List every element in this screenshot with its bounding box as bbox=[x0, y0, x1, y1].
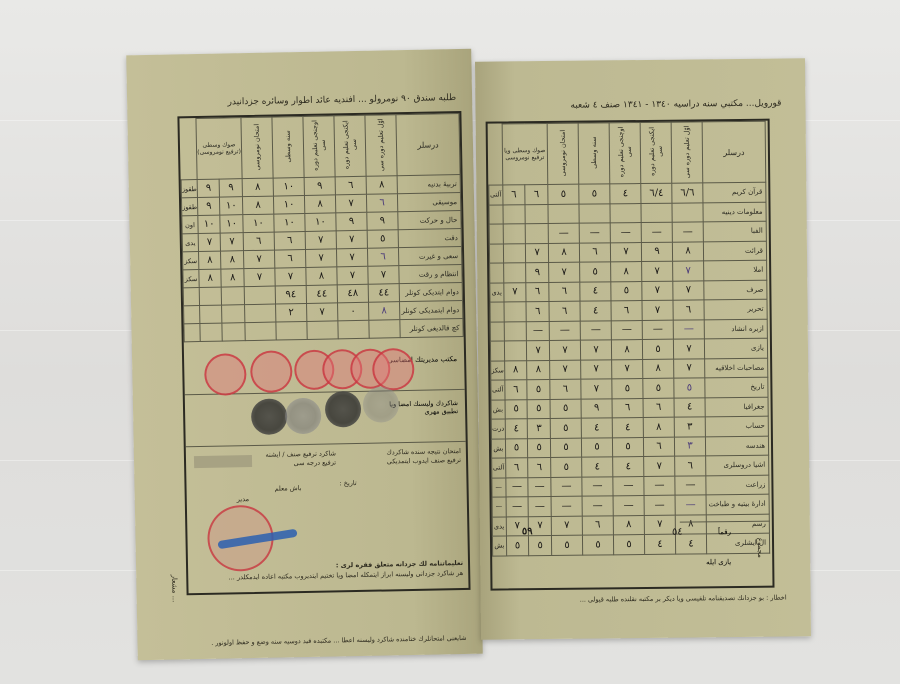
grade-cell bbox=[504, 321, 527, 341]
column-header: صوك وسطى (ترفيع نومروسى) bbox=[196, 118, 242, 180]
grade-cell: سكز bbox=[491, 360, 505, 380]
grade-cell: ٦ bbox=[612, 398, 643, 418]
grade-cell: — bbox=[641, 222, 672, 242]
grade-cell: ٥ bbox=[528, 438, 551, 458]
grade-cell: ٧ bbox=[581, 379, 612, 399]
grade-cell: ٥ bbox=[506, 536, 529, 556]
grade-cell bbox=[503, 243, 526, 263]
grade-cell: ٥ bbox=[527, 379, 550, 399]
grade-cell bbox=[222, 323, 245, 341]
grade-cell: ٦ bbox=[550, 379, 581, 399]
grade-cell: ٩ bbox=[367, 212, 398, 231]
grade-cell: — bbox=[579, 223, 610, 243]
grade-cell bbox=[245, 322, 276, 341]
grade-cell: آلتى bbox=[491, 380, 505, 400]
subject-label: تاريخ bbox=[705, 377, 768, 397]
grade-cell: ٣ bbox=[674, 417, 705, 437]
right-page: قورويل... مكتبي سنه دراسيه ١٣٤٠ - ١٣٤١ ص… bbox=[475, 58, 811, 639]
grade-cell: — bbox=[613, 495, 644, 515]
grade-cell: يدى bbox=[182, 234, 198, 252]
sum-side-label: مجموع bbox=[756, 538, 764, 558]
left-page: طلبه سندق ٩٠ نومرولو ... افنديه عائد اطو… bbox=[126, 49, 483, 661]
grade-cell: ٥ bbox=[674, 378, 705, 398]
grade-cell: ٦ bbox=[505, 458, 528, 478]
subject-label: دوام ايتمديكى كونلر bbox=[400, 300, 463, 319]
grade-cell bbox=[222, 287, 245, 305]
right-page-header: قورويل... مكتبي سنه دراسيه ١٣٤٠ - ١٣٤١ ص… bbox=[570, 99, 781, 111]
grade-cell bbox=[490, 341, 504, 361]
written-total-label: يازى ايله bbox=[706, 558, 734, 566]
grade-cell: ٨ bbox=[527, 360, 550, 380]
exam-result-label: امتحان نتيجه سنده شاكردك ترفيع صنف ايدوب… bbox=[371, 447, 461, 467]
grade-cell: ٥ bbox=[582, 535, 613, 555]
grade-cell: ٤ bbox=[674, 397, 705, 417]
grade-cell: — bbox=[675, 475, 706, 495]
grade-cell: ٤ bbox=[505, 419, 528, 439]
grade-cell: سكز bbox=[183, 270, 199, 288]
column-header: امتحان نومروسى bbox=[547, 123, 579, 184]
grade-cell: ٧ bbox=[503, 282, 526, 302]
grade-cell bbox=[200, 323, 223, 341]
grade-cell: — bbox=[551, 477, 582, 497]
grade-cell: آلتى bbox=[492, 458, 506, 478]
grade-cell: ٦ bbox=[367, 248, 398, 267]
grade-cell: ٧ bbox=[244, 268, 275, 287]
subject-label: سعى و غيرت bbox=[398, 246, 461, 265]
grade-cell: يدى bbox=[492, 516, 506, 536]
grade-cell bbox=[504, 341, 527, 361]
grade-cell: ٧ bbox=[673, 280, 704, 300]
grade-cell: — bbox=[527, 321, 550, 341]
grade-cell bbox=[276, 321, 307, 340]
grade-cell: ٧ bbox=[674, 358, 705, 378]
grade-cell: ٧ bbox=[305, 249, 336, 268]
subject-label: دقت bbox=[398, 228, 461, 247]
column-header: اوچنجى تعليم دوره سى bbox=[609, 123, 641, 184]
subject-label: دوام ايتديكى كونلر bbox=[399, 282, 462, 301]
subject-label: تحرير bbox=[704, 299, 767, 319]
grade-cell: ٧ bbox=[642, 281, 673, 301]
grade-cell: ٦ bbox=[525, 184, 548, 204]
grade-cell bbox=[490, 302, 504, 322]
right-footer-note: اخطار : بو جزدانك تصديقنامه تلقيسى ويا د… bbox=[517, 594, 787, 606]
signature-row-guardian: شاكردك وليسنك امضا ويا تطبيق مهرى bbox=[185, 389, 466, 447]
grade-cell: — bbox=[675, 495, 706, 515]
grade-cell: — bbox=[548, 223, 579, 243]
grade-cell bbox=[641, 203, 672, 223]
grade-cell: ٧ bbox=[580, 340, 611, 360]
grade-cell: درت bbox=[491, 419, 505, 439]
column-header: درسلر bbox=[702, 121, 766, 183]
column-header: اوّل تعليم دوره سى bbox=[671, 122, 703, 183]
grade-cell: ١٠ bbox=[220, 215, 243, 233]
grade-cell: ٨ bbox=[548, 243, 579, 263]
subject-label: هندسه bbox=[705, 436, 768, 456]
grade-cell bbox=[503, 263, 526, 283]
grade-cell: ٦ bbox=[673, 300, 704, 320]
grade-cell: ٥ bbox=[550, 399, 581, 419]
left-page-header: طلبه سندق ٩٠ نومرولو ... افنديه عائد اطو… bbox=[227, 93, 456, 107]
grade-cell: ٦ bbox=[526, 301, 549, 321]
grade-cell: ٦ bbox=[579, 242, 610, 262]
grade-cell: ٥ bbox=[527, 399, 550, 419]
grade-cell: — bbox=[673, 319, 704, 339]
grade-cell bbox=[503, 224, 526, 244]
grade-cell: ٤ bbox=[644, 534, 675, 554]
grade-cell: — bbox=[613, 476, 644, 496]
subject-label: الفبا bbox=[703, 221, 766, 241]
grade-cell: ٩ bbox=[526, 262, 549, 282]
grade-cell: ١٠ bbox=[273, 177, 304, 196]
grade-cell bbox=[504, 302, 527, 322]
grade-cell: ٥ bbox=[643, 378, 674, 398]
grade-cell: ٨ bbox=[611, 340, 642, 360]
grade-cell: ٩ bbox=[581, 398, 612, 418]
subject-label: انتظام و رقت bbox=[399, 264, 462, 283]
grade-cell: ١٠ bbox=[198, 215, 221, 233]
grade-cell: ٠ bbox=[338, 302, 369, 321]
grade-cell: ٤ bbox=[610, 184, 641, 204]
grade-cell: ٧ bbox=[527, 340, 550, 360]
bottom-note: شايعنى امتحانلرك ختامنده شاكرد وليسنه اع… bbox=[166, 634, 466, 649]
grade-cell: ٦ bbox=[366, 194, 397, 213]
grade-cell: ٧ bbox=[243, 250, 274, 269]
subject-label: قرائت bbox=[703, 241, 766, 261]
grade-cell: ٦ bbox=[643, 398, 674, 418]
grade-cell: ٧ bbox=[305, 231, 336, 250]
grade-cell: — bbox=[582, 476, 613, 496]
subject-label: حساب bbox=[705, 416, 768, 436]
grade-cell: ٧ bbox=[550, 360, 581, 380]
grade-cell: ٦ bbox=[611, 301, 642, 321]
grade-cell: ٥ bbox=[613, 534, 644, 554]
column-header: اوچنجى تعليم دوره سى bbox=[303, 116, 335, 178]
grade-cell bbox=[307, 321, 338, 340]
grade-cell: ٧ bbox=[549, 262, 580, 282]
grade-cell: ٧ bbox=[198, 233, 221, 251]
grade-cell: ٦ bbox=[582, 515, 613, 535]
grade-cell: — bbox=[611, 320, 642, 340]
left-side-label: مشعار ... bbox=[170, 574, 179, 602]
grade-cell: ١٠ bbox=[274, 213, 305, 232]
grade-cell: — bbox=[506, 497, 529, 517]
grade-cell: ٦ bbox=[335, 176, 366, 195]
grade-cell: آلتى bbox=[489, 185, 503, 205]
grade-cell: ٧ bbox=[549, 340, 580, 360]
grade-cell: ٨ bbox=[221, 269, 244, 287]
grade-cell: ٩ bbox=[641, 242, 672, 262]
grade-cell: ٨ bbox=[369, 302, 400, 321]
grade-cell: ٥ bbox=[550, 418, 581, 438]
grade-cell: ٧ bbox=[644, 515, 675, 535]
grade-cell bbox=[369, 320, 400, 339]
grade-cell: ٧ bbox=[673, 261, 704, 281]
grade-cell: ٧ bbox=[275, 267, 306, 286]
grade-cell: بش bbox=[491, 399, 505, 419]
grade-cell: ٤ bbox=[612, 418, 643, 438]
grade-cell bbox=[184, 306, 200, 324]
grade-cell: ٧ bbox=[337, 266, 368, 285]
total-value: ٥٤ bbox=[672, 527, 683, 538]
grade-cell: ٨ bbox=[199, 269, 222, 287]
grade-cell: ٧ bbox=[551, 516, 582, 536]
grade-cell: ١٠ bbox=[305, 213, 336, 232]
grade-cell: ٥ bbox=[550, 438, 581, 458]
grade-cell: ٧ bbox=[673, 339, 704, 359]
grade-cell bbox=[222, 305, 245, 323]
grade-cell: — bbox=[528, 496, 551, 516]
grade-cell: ٧ bbox=[307, 303, 338, 322]
grade-cell: ٧ bbox=[610, 242, 641, 262]
grade-cell bbox=[489, 224, 503, 244]
grade-cell bbox=[489, 243, 503, 263]
grade-cell: ٧ bbox=[612, 359, 643, 379]
grade-cell: ٦ bbox=[502, 185, 525, 205]
column-header: سنه وسطى bbox=[272, 116, 304, 178]
grade-cell bbox=[245, 304, 276, 323]
grade-cell bbox=[183, 288, 199, 306]
grade-cell: ٦ bbox=[526, 282, 549, 302]
grade-cell bbox=[579, 203, 610, 223]
grade-cell: ٥ bbox=[548, 184, 579, 204]
subject-label: ازبره انشاد bbox=[704, 319, 767, 339]
grade-cell: — bbox=[549, 321, 580, 341]
grade-cell: ٤٤ bbox=[368, 284, 399, 303]
column-header: ايكنجى تعليم دوره سى bbox=[640, 122, 672, 183]
column-header: ايكنجى تعليم دوره سى bbox=[334, 115, 366, 177]
grade-cell: ٨ bbox=[221, 251, 244, 269]
total-box: رقماً ٥٤ يازى ايله مجموع bbox=[680, 521, 771, 583]
grade-cell bbox=[490, 321, 504, 341]
grade-cell: ٥ bbox=[612, 437, 643, 457]
head-teacher-label: باش معلم bbox=[274, 484, 301, 494]
grade-cell: ٨ bbox=[198, 251, 221, 269]
grade-cell bbox=[338, 320, 369, 339]
grade-cell bbox=[672, 202, 703, 222]
grade-cell: — bbox=[582, 496, 613, 516]
date-label: تاريخ : bbox=[339, 479, 356, 488]
grade-cell: ٥ bbox=[611, 281, 642, 301]
grade-cell: ٩ bbox=[197, 179, 220, 197]
grade-cell: ٤٤ bbox=[306, 285, 337, 304]
grade-cell: ٨ bbox=[643, 359, 674, 379]
grade-cell bbox=[610, 203, 641, 223]
grade-cell: ٩ bbox=[336, 212, 367, 231]
grade-cell: ٥ bbox=[551, 457, 582, 477]
grade-cell: ٦ bbox=[549, 301, 580, 321]
subject-label: اشيا دروسلرى bbox=[706, 455, 769, 475]
subject-label: املا bbox=[704, 260, 767, 280]
grade-cell: ٥ bbox=[581, 437, 612, 457]
grade-cell: ٧ bbox=[336, 248, 367, 267]
grade-cell: يدى bbox=[490, 282, 504, 302]
grade-cell: ٧ bbox=[221, 233, 244, 251]
grade-cell bbox=[489, 204, 503, 224]
grade-cell: — bbox=[492, 477, 506, 497]
grade-cell: ٣ bbox=[674, 436, 705, 456]
grade-cell bbox=[199, 287, 222, 305]
grade-cell: ٨ bbox=[366, 176, 397, 195]
grade-cell: ٩ bbox=[220, 179, 243, 197]
subject-label: موسيقى bbox=[397, 192, 460, 211]
grade-cell: ٨ bbox=[242, 178, 273, 197]
column-header: امتحان نومروسى bbox=[241, 117, 273, 179]
subject-label: ادارهٔ بيتيه و طباخت bbox=[706, 494, 769, 514]
subject-label: صرف bbox=[704, 280, 767, 300]
grade-cell: ٤ bbox=[580, 301, 611, 321]
grade-cell: ٧ bbox=[335, 194, 366, 213]
grade-cell bbox=[503, 204, 526, 224]
grade-cell bbox=[200, 305, 223, 323]
grade-cell: ٨ bbox=[304, 195, 335, 214]
grade-cell: — bbox=[505, 477, 528, 497]
grade-cell bbox=[184, 324, 200, 342]
grade-cell: ٩٤ bbox=[275, 285, 306, 304]
grade-cell: ٥ bbox=[580, 262, 611, 282]
grade-cell: ٥ bbox=[642, 339, 673, 359]
written-total-value: ٥٩ bbox=[522, 526, 533, 537]
grade-cell: ٨ bbox=[613, 515, 644, 535]
grade-cell: ٧ bbox=[642, 261, 673, 281]
grade-cell bbox=[244, 286, 275, 305]
subject-label: تربيهٔ بدنيه bbox=[397, 174, 460, 193]
column-header: سنه وسطى bbox=[578, 123, 610, 184]
subject-label: يازى bbox=[704, 338, 767, 358]
grade-cell: بش bbox=[492, 536, 506, 556]
grade-cell: طقوز bbox=[181, 198, 197, 216]
grade-cell: ٨ bbox=[504, 360, 527, 380]
grade-cell: ٤ bbox=[581, 418, 612, 438]
grade-cell: ٥ bbox=[612, 379, 643, 399]
grade-cell: طقوز bbox=[181, 180, 197, 198]
grade-cell: ٦ bbox=[549, 282, 580, 302]
grade-cell: ٨ bbox=[242, 196, 273, 215]
column-header: صوك وسطى ويا ترفيع نومروسى bbox=[502, 123, 548, 184]
subject-label: حال و حركت bbox=[398, 210, 461, 229]
grade-cell: ٧ bbox=[642, 300, 673, 320]
grade-cell: ٦ bbox=[274, 231, 305, 250]
grade-cell: ٤ bbox=[580, 281, 611, 301]
grade-cell: ٤ bbox=[582, 457, 613, 477]
grade-cell: ٧ bbox=[644, 456, 675, 476]
grade-cell: ٨ bbox=[611, 262, 642, 282]
grade-cell: — bbox=[644, 495, 675, 515]
subject-label: جغرافيا bbox=[705, 397, 768, 417]
grade-cell bbox=[526, 223, 549, 243]
grade-cell: ١٠ bbox=[273, 195, 304, 214]
grade-cell: ٥ bbox=[529, 535, 552, 555]
grade-cell: ٥ bbox=[367, 230, 398, 249]
grade-cell: ٥ bbox=[579, 184, 610, 204]
grade-cell: — bbox=[610, 223, 641, 243]
subject-label: زراعت bbox=[706, 475, 769, 495]
grade-cell: ٧ bbox=[526, 243, 549, 263]
subject-label: مصاحبات اخلاقيه bbox=[705, 358, 768, 378]
grade-cell: ٧ bbox=[336, 230, 367, 249]
grade-cell: ٦/٦ bbox=[672, 183, 703, 203]
column-header: درسلر bbox=[396, 113, 460, 175]
grade-cell: بش bbox=[491, 438, 505, 458]
grade-cell: ١٠ bbox=[243, 214, 274, 233]
grade-cell: — bbox=[672, 222, 703, 242]
subject-label: كچ قالديغى كونلر bbox=[400, 318, 463, 337]
left-grades-table: درسلراوّل تعليم دوره سىايكنجى تعليم دوره… bbox=[179, 113, 463, 342]
grade-cell: ٥ bbox=[551, 535, 582, 555]
grade-cell: ٧ bbox=[368, 266, 399, 285]
right-grades-table: درسلراوّل تعليم دوره سىايكنجى تعليم دوره… bbox=[488, 121, 771, 556]
grade-cell: ٨ bbox=[672, 241, 703, 261]
subject-label: معلومات دينيه bbox=[703, 202, 766, 222]
grade-cell: — bbox=[492, 497, 506, 517]
grade-cell: ١٠ bbox=[220, 197, 243, 215]
grade-cell: ٦ bbox=[528, 457, 551, 477]
grade-cell: ٤٨ bbox=[337, 284, 368, 303]
grade-cell: ٣ bbox=[528, 418, 551, 438]
total-label: رقماً bbox=[718, 528, 734, 536]
grade-cell: ٤ bbox=[613, 456, 644, 476]
redacted-field bbox=[194, 455, 252, 468]
grade-cell: ٧ bbox=[581, 359, 612, 379]
grade-cell bbox=[490, 263, 504, 283]
grade-cell: ٦ bbox=[274, 249, 305, 268]
grade-cell: ٢ bbox=[276, 303, 307, 322]
grade-cell: — bbox=[642, 320, 673, 340]
grade-cell: ٦ bbox=[675, 456, 706, 476]
grade-cell: — bbox=[580, 320, 611, 340]
grade-cell: — bbox=[644, 476, 675, 496]
grade-cell: سكز bbox=[183, 252, 199, 270]
grade-cell: ٥ bbox=[505, 399, 528, 419]
subject-label: قرآن كريم bbox=[703, 182, 766, 202]
director-label: مدير bbox=[237, 495, 249, 504]
grade-cell: ٨ bbox=[306, 267, 337, 286]
column-header: اوّل تعليم دوره سى bbox=[365, 115, 397, 177]
grade-cell: ٥ bbox=[505, 438, 528, 458]
grade-cell: ٦ bbox=[504, 380, 527, 400]
grade-cell: ٨ bbox=[643, 417, 674, 437]
grade-cell bbox=[525, 204, 548, 224]
grade-cell: ٩ bbox=[304, 177, 335, 196]
grade-cell: ٦/٤ bbox=[641, 183, 672, 203]
grade-cell: ٦ bbox=[643, 437, 674, 457]
promotion-label: شاكرد ترفيع صنف / ايشنه ترفيع درجه سى bbox=[256, 449, 336, 469]
grade-cell bbox=[548, 204, 579, 224]
grade-cell: — bbox=[528, 477, 551, 497]
grade-cell: ٩ bbox=[197, 197, 220, 215]
grade-cell: اون bbox=[182, 216, 198, 234]
grade-cell: ٦ bbox=[243, 232, 274, 251]
grade-cell: — bbox=[551, 496, 582, 516]
